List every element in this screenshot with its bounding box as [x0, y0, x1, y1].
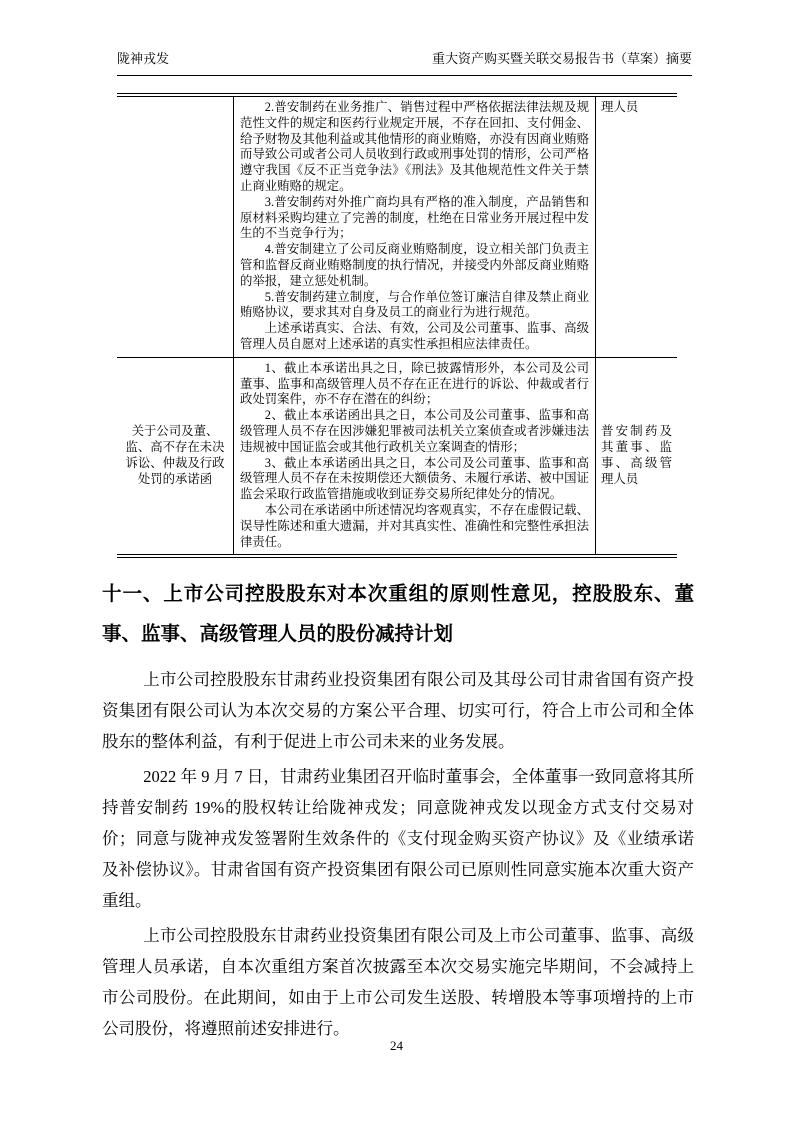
commitment-paragraph: 2、截止本承诺函出具之日，本公司及公司董事、监事和高级管理人员不存在因涉嫌犯罪被…	[240, 408, 589, 455]
body-paragraph: 2022 年 9 月 7 日，甘肃药业集团召开临时董事会，全体董事一致同意将其所…	[102, 761, 694, 916]
commitment-paragraph: 3.普安制药对外推广商均具有严格的准入制度，产品销售和原材料采购均建立了完善的制…	[240, 195, 589, 242]
commitment-content-cell: 2.普安制药在业务推广、销售过程中严格依据法律法规及规范性文件的规定和医药行业规…	[233, 97, 596, 357]
report-page: 陇神戎发 重大资产购买暨关联交易报告书（草案）摘要 2.普安制药在业务推广、销售…	[0, 0, 793, 1122]
page-content: 陇神戎发 重大资产购买暨关联交易报告书（草案）摘要 2.普安制药在业务推广、销售…	[102, 48, 694, 1048]
body-paragraph: 上市公司控股股东甘肃药业投资集团有限公司及其母公司甘肃省国有资产投资集团有限公司…	[102, 664, 694, 757]
commitments-table: 2.普安制药在业务推广、销售过程中严格依据法律法规及规范性文件的规定和医药行业规…	[117, 93, 677, 558]
table-row-commitment-1: 2.普安制药在业务推广、销售过程中严格依据法律法规及规范性文件的规定和医药行业规…	[117, 97, 677, 357]
commitment-paragraph: 1、截止本承诺出具之日，除已披露情形外，本公司及公司董事、监事和高级管理人员不存…	[240, 361, 589, 408]
commitment-paragraph: 3、截止本承诺函出具之日，本公司及公司董事、监事和高级管理人员不存在未按期偿还大…	[240, 456, 589, 503]
header-company-short-name: 陇神戎发	[117, 48, 169, 67]
header-document-title: 重大资产购买暨关联交易报告书（草案）摘要	[432, 48, 692, 67]
commitment-paragraph: 上述承诺真实、合法、有效，公司及公司董事、监事、高级管理人员自愿对上述承诺的真实…	[240, 321, 589, 353]
commitment-paragraph: 5.普安制药建立制度，与合作单位签订廉洁自律及禁止商业贿赂协议，要求其对自身及员…	[240, 290, 589, 322]
commitment-paragraph: 2.普安制药在业务推广、销售过程中严格依据法律法规及规范性文件的规定和医药行业规…	[240, 100, 589, 195]
section-heading: 十一、上市公司控股股东对本次重组的原则性意见，控股股东、董事、监事、高级管理人员…	[102, 574, 694, 654]
row-label-cell: 关于公司及董、监、高不存在未决诉讼、仲裁及行政处罚的承诺函	[117, 358, 233, 555]
committing-party-cell: 理人员	[596, 97, 677, 357]
commitment-content-cell: 1、截止本承诺出具之日，除已披露情形外，本公司及公司董事、监事和高级管理人员不存…	[233, 358, 596, 555]
commitment-paragraph: 本公司在承诺函中所述情况均客观真实，不存在虚假记载、误导性陈述和重大遗漏，并对其…	[240, 503, 589, 550]
table-row-commitment-2: 关于公司及董、监、高不存在未决诉讼、仲裁及行政处罚的承诺函 1、截止本承诺出具之…	[117, 357, 677, 555]
committing-party-cell: 普安制药及其董事、监事、高级管理人员	[596, 358, 677, 555]
page-header: 陇神戎发 重大资产购买暨关联交易报告书（草案）摘要	[117, 48, 692, 76]
commitment-paragraph: 4.普安制建立了公司反商业贿赂制度，设立相关部门负责主管和监督反商业贿赂制度的执…	[240, 242, 589, 289]
page-number: 24	[0, 1038, 793, 1054]
committing-party: 普安制药及其董事、监事、高级管理人员	[601, 424, 672, 487]
row-label-cell	[117, 97, 233, 357]
committing-party: 理人员	[601, 100, 638, 116]
section-body: 上市公司控股股东甘肃药业投资集团有限公司及其母公司甘肃省国有资产投资集团有限公司…	[102, 664, 694, 1044]
body-paragraph: 上市公司控股股东甘肃药业投资集团有限公司及上市公司董事、监事、高级管理人员承诺，…	[102, 920, 694, 1044]
